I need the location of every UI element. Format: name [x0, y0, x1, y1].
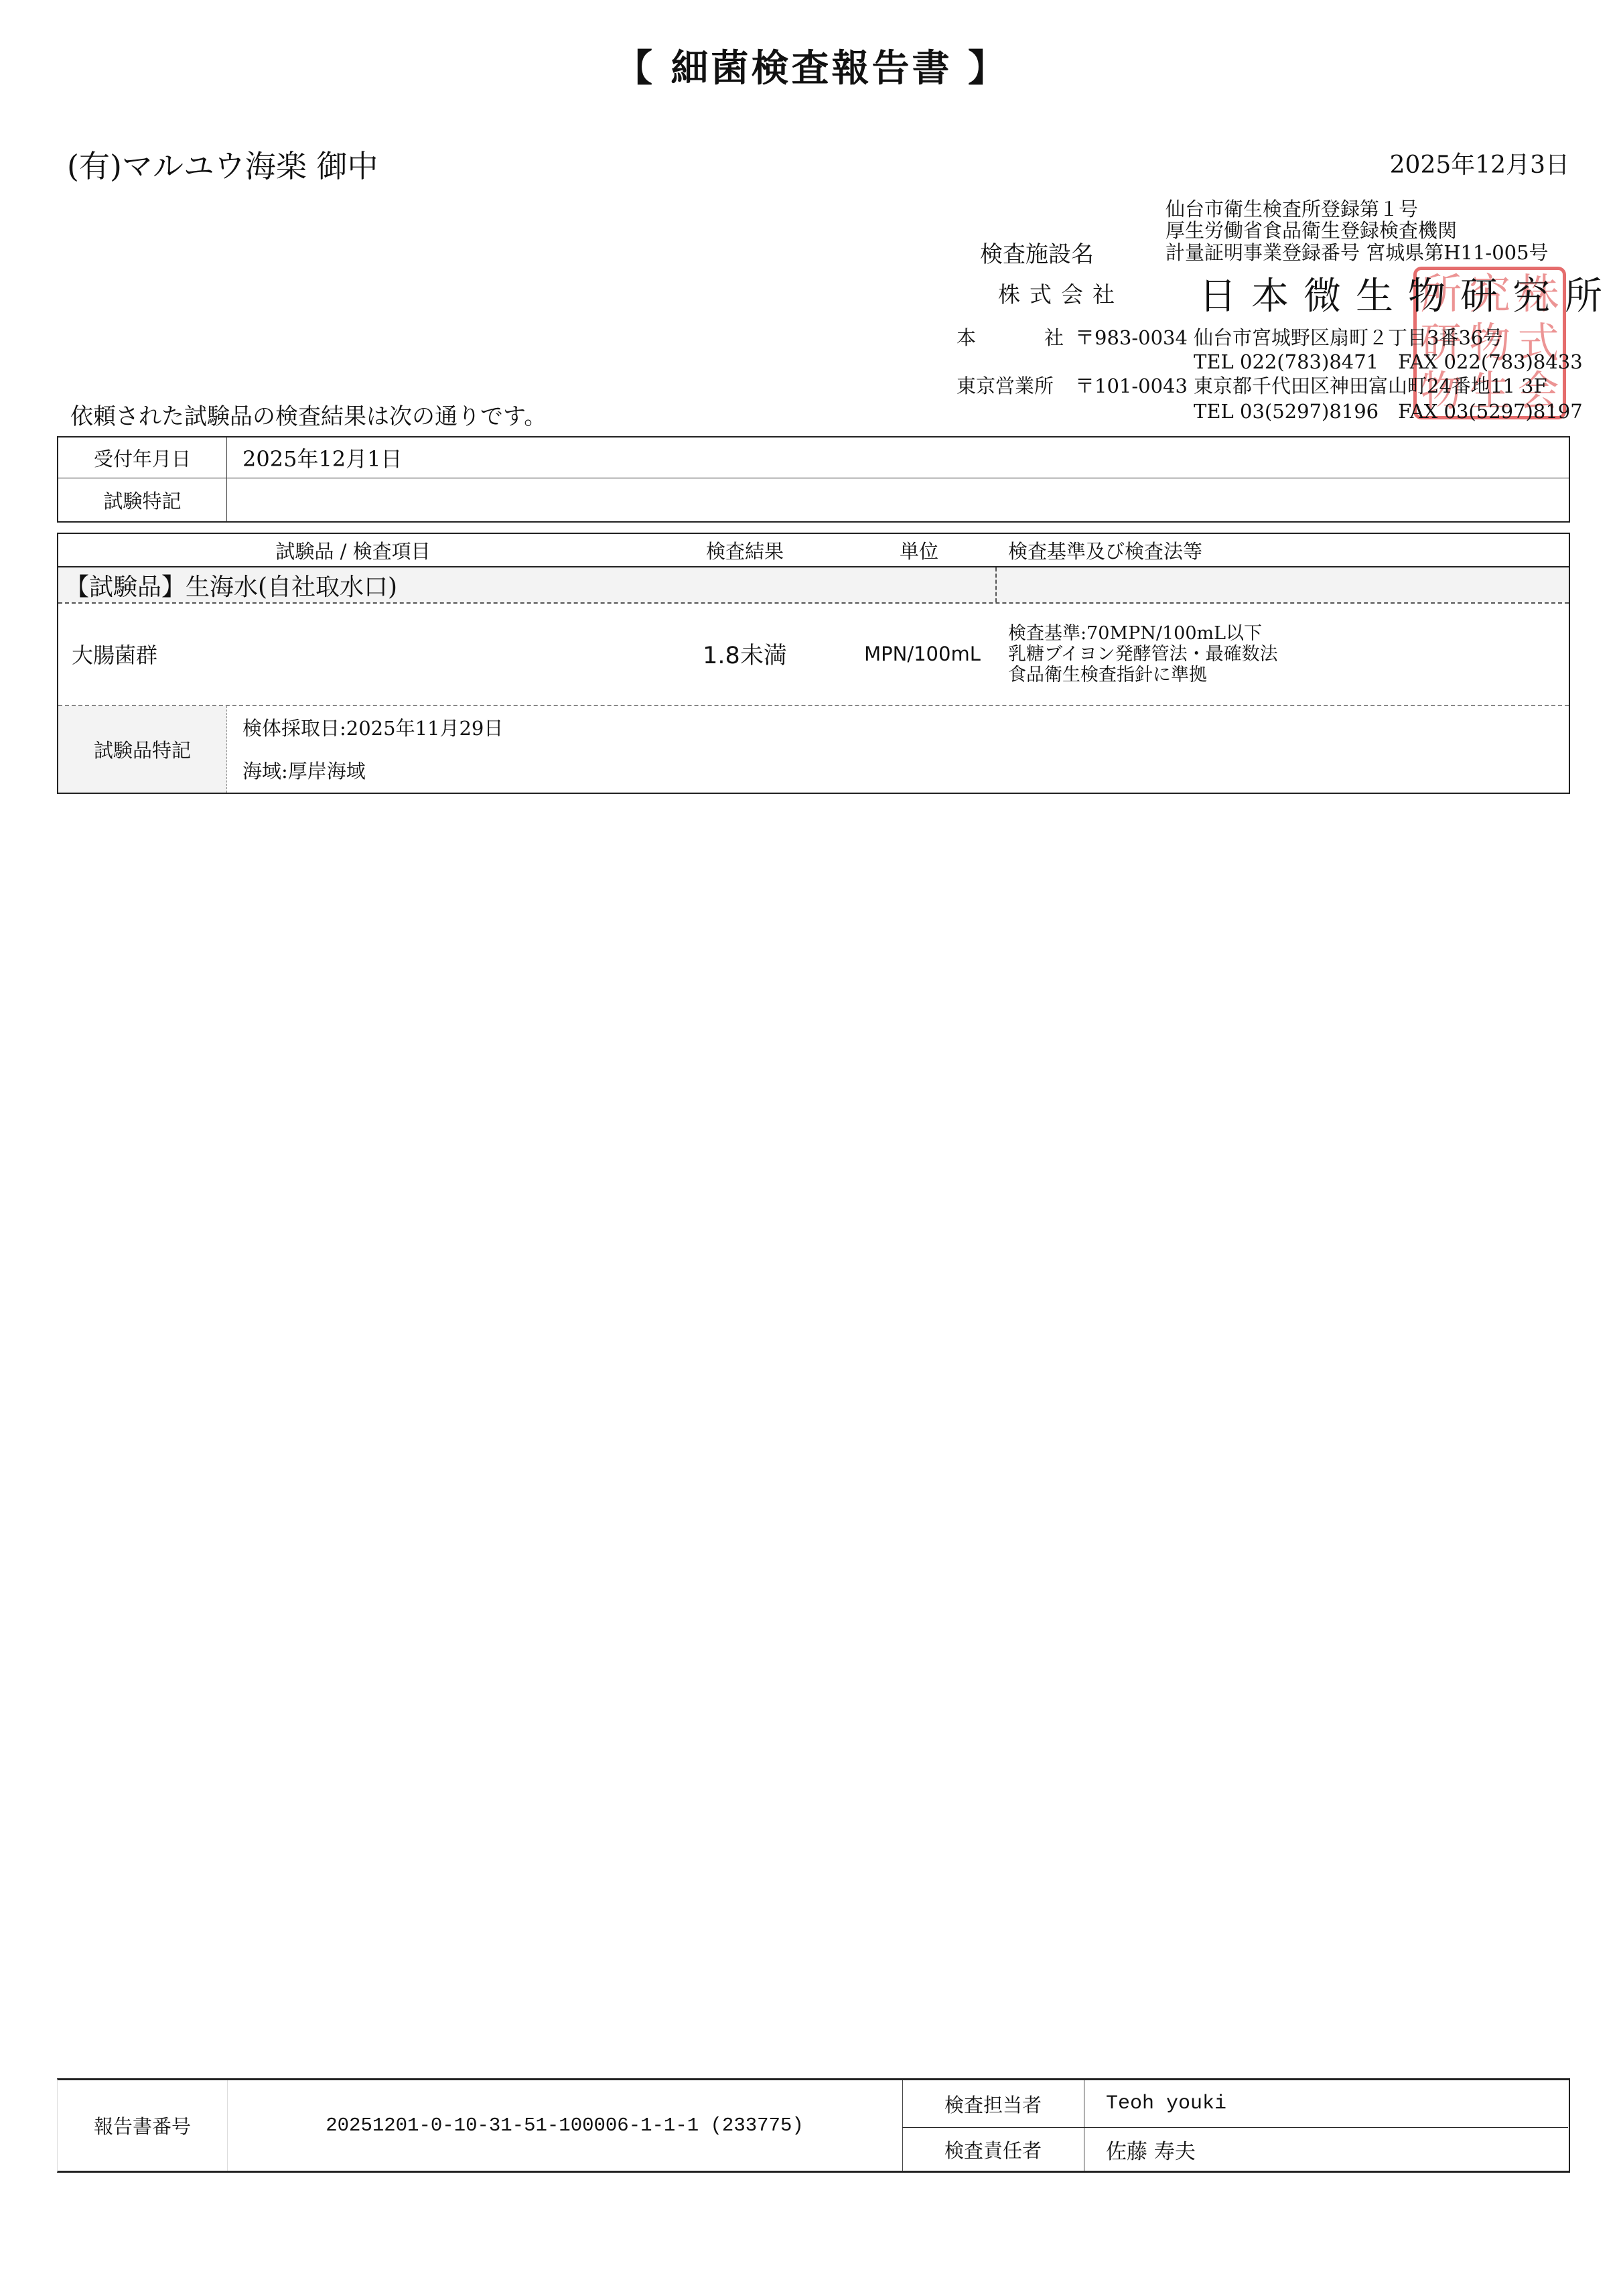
- tokyo-office-label: 東京営業所: [957, 371, 1054, 399]
- header-standard: 検査基準及び検査法等: [1008, 534, 1544, 566]
- tokyo-office-address: 東京都千代田区神田富山町24番地11 3F: [1194, 371, 1547, 399]
- head-office-label-part: 社: [1044, 323, 1064, 350]
- corp-name: 日本微生物研究所: [1199, 267, 1617, 320]
- reception-date-value: 2025年12月1日: [242, 437, 1515, 478]
- head-office-tel-fax: TEL 022(783)8471 FAX 022(783)8433: [1194, 347, 1583, 375]
- responsible-label: 検査責任者: [902, 2128, 1084, 2171]
- report-number-label: 報告書番号: [58, 2080, 227, 2171]
- head-office-zip: 〒983-0034: [1075, 323, 1188, 350]
- corp-prefix: 株式会社: [998, 277, 1124, 309]
- test-item-name: 大腸菌群: [72, 604, 541, 704]
- head-office-address: 仙台市宮城野区扇町２丁目3番36号: [1194, 323, 1502, 350]
- inspector-label: 検査担当者: [902, 2080, 1084, 2127]
- document-title: 【 細菌検査報告書 】: [0, 39, 1623, 92]
- sample-note-line: 海域:厚岸海域: [242, 750, 366, 793]
- tokyo-office-tel-fax: TEL 03(5297)8196 FAX 03(5297)8197: [1194, 397, 1583, 424]
- report-number: 20251201-0-10-31-51-100006-1-1-1 (233775…: [227, 2080, 902, 2171]
- test-result-value: 1.8未満: [648, 604, 842, 704]
- test-remarks-label: 試験特記: [58, 478, 226, 521]
- reception-date-label: 受付年月日: [58, 437, 226, 478]
- sample-title: 【試験品】生海水(自社取水口): [65, 567, 989, 602]
- standard-line: 食品衛生検査指針に準拠: [1008, 665, 1207, 685]
- recipient: (有)マルユウ海楽 御中: [67, 142, 378, 186]
- test-remarks-value: [242, 478, 1515, 521]
- intro-text: 依頼された試験品の検査結果は次の通りです。: [70, 398, 547, 431]
- test-standard: 検査基準:70MPN/100mL以下 乳糖ブイヨン発酵管法・最確数法 食品衛生検…: [1008, 604, 1564, 704]
- responsible-name: 佐藤 寿夫: [1106, 2128, 1561, 2171]
- head-office-label-part: 本: [957, 323, 976, 350]
- results-table: 試験品 / 検査項目 検査結果 単位 検査基準及び検査法等 【試験品】生海水(自…: [57, 533, 1570, 794]
- inspector-name: Teoh youki: [1106, 2080, 1561, 2127]
- standard-line: 検査基準:70MPN/100mL以下: [1008, 623, 1262, 644]
- sample-notes-label: 試験品特記: [58, 706, 226, 793]
- issue-date: 2025年12月3日: [1390, 146, 1569, 180]
- sample-note-line: 検体採取日:2025年11月29日: [242, 707, 503, 750]
- tokyo-office-zip: 〒101-0043: [1075, 371, 1188, 399]
- standard-line: 乳糖ブイヨン発酵管法・最確数法: [1008, 644, 1278, 665]
- sample-notes: 検体採取日:2025年11月29日 海域:厚岸海域: [242, 706, 1515, 793]
- facility-label: 検査施設名: [980, 236, 1094, 269]
- test-unit: MPN/100mL: [842, 604, 1003, 704]
- report-footer-table: 報告書番号 20251201-0-10-31-51-100006-1-1-1 (…: [57, 2078, 1570, 2173]
- header-item: 試験品 / 検査項目: [58, 534, 648, 566]
- reception-table: 受付年月日 2025年12月1日 試験特記: [57, 436, 1570, 523]
- header-result: 検査結果: [648, 534, 842, 566]
- header-unit: 単位: [842, 534, 996, 566]
- registration-line: 計量証明事業登録番号 宮城県第H11-005号: [1166, 238, 1549, 265]
- head-office-label: 本 社: [957, 323, 1064, 350]
